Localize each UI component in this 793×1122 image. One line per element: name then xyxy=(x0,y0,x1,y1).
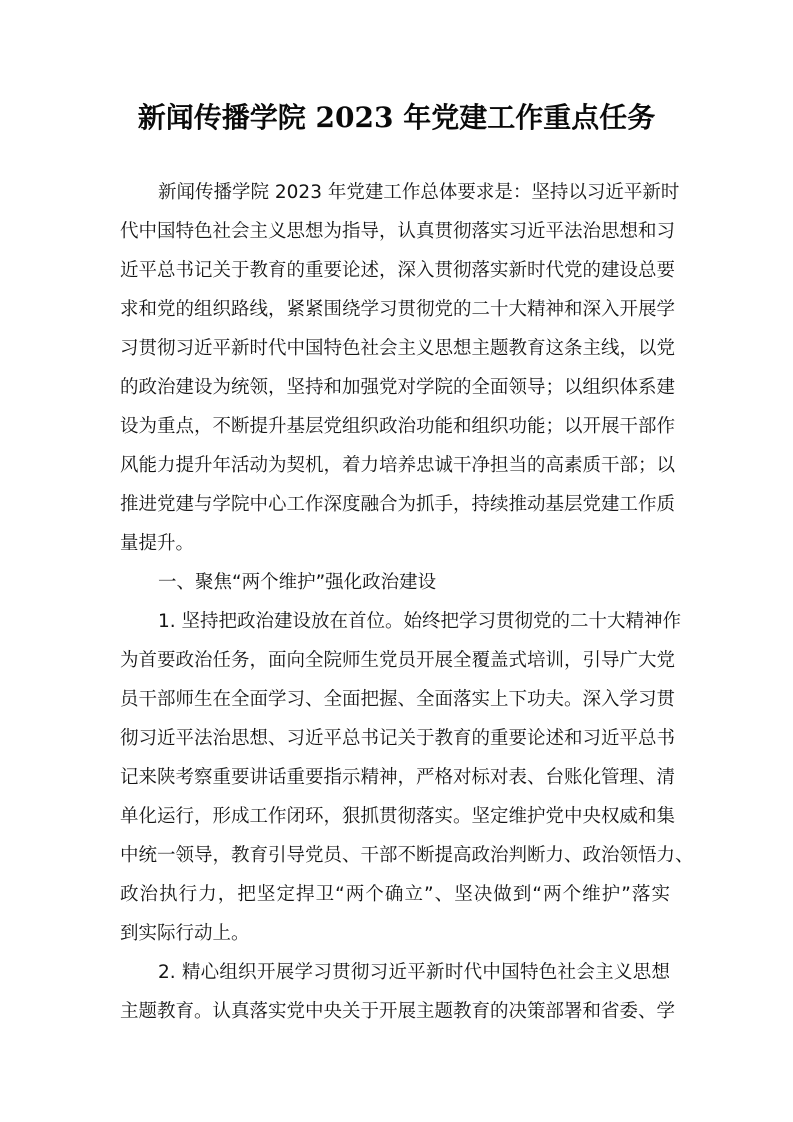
text-line: 政治执行力，把坚定捍卫“两个确立”、坚决做到“两个维护”落实 xyxy=(120,875,670,914)
text-line: 量提升。 xyxy=(120,524,670,563)
text-line: 求和党的组织路线，紧紧围绕学习贯彻党的二十大精神和深入开展学 xyxy=(120,290,670,329)
text-line: 到实际行动上。 xyxy=(120,914,670,953)
text-line: 风能力提升年活动为契机，着力培养忠诚干净担当的高素质干部；以 xyxy=(120,446,670,485)
text-line: 近平总书记关于教育的重要论述，深入贯彻落实新时代党的建设总要 xyxy=(120,251,670,290)
paragraph-intro: 新闻传播学院 2023 年党建工作总体要求是：坚持以习近平新时 代中国特色社会主… xyxy=(120,173,670,563)
text-line: 为首要政治任务，面向全院师生党员开展全覆盖式培训，引导广大党 xyxy=(120,641,670,680)
text-line: 代中国特色社会主义思想为指导，认真贯彻落实习近平法治思想和习 xyxy=(120,212,670,251)
text-line: 新闻传播学院 2023 年党建工作总体要求是：坚持以习近平新时 xyxy=(120,173,670,212)
section-heading-1: 一、聚焦“两个维护”强化政治建设 xyxy=(120,563,670,602)
text-line: 中统一领导，教育引导党员、干部不断提高政治判断力、政治领悟力、 xyxy=(120,836,670,875)
document-page: 新闻传播学院 2023 年党建工作重点任务 新闻传播学院 2023 年党建工作总… xyxy=(0,0,793,1122)
text-line: 彻习近平法治思想、习近平总书记关于教育的重要论述和习近平总书 xyxy=(120,719,670,758)
text-line: 推进党建与学院中心工作深度融合为抓手，持续推动基层党建工作质 xyxy=(120,485,670,524)
list-item-2: 2. 精心组织开展学习贯彻习近平新时代中国特色社会主义思想 主题教育。认真落实党… xyxy=(120,953,670,1031)
text-line: 员干部师生在全面学习、全面把握、全面落实上下功夫。深入学习贯 xyxy=(120,680,670,719)
text-line: 习贯彻习近平新时代中国特色社会主义思想主题教育这条主线，以党 xyxy=(120,329,670,368)
text-line: 2. 精心组织开展学习贯彻习近平新时代中国特色社会主义思想 xyxy=(120,953,670,992)
text-line: 的政治建设为统领，坚持和加强党对学院的全面领导；以组织体系建 xyxy=(120,368,670,407)
text-line: 设为重点，不断提升基层党组织政治功能和组织功能；以开展干部作 xyxy=(120,407,670,446)
text-line: 主题教育。认真落实党中央关于开展主题教育的决策部署和省委、学 xyxy=(120,992,670,1031)
document-body: 新闻传播学院 2023 年党建工作总体要求是：坚持以习近平新时 代中国特色社会主… xyxy=(120,173,670,1031)
document-title: 新闻传播学院 2023 年党建工作重点任务 xyxy=(0,96,793,140)
section-heading-text: 一、聚焦“两个维护”强化政治建设 xyxy=(120,563,670,602)
text-line: 记来陕考察重要讲话重要指示精神，严格对标对表、台账化管理、清 xyxy=(120,758,670,797)
text-line: 1. 坚持把政治建设放在首位。始终把学习贯彻党的二十大精神作 xyxy=(120,602,670,641)
text-line: 单化运行，形成工作闭环，狠抓贯彻落实。坚定维护党中央权威和集 xyxy=(120,797,670,836)
list-item-1: 1. 坚持把政治建设放在首位。始终把学习贯彻党的二十大精神作 为首要政治任务，面… xyxy=(120,602,670,953)
